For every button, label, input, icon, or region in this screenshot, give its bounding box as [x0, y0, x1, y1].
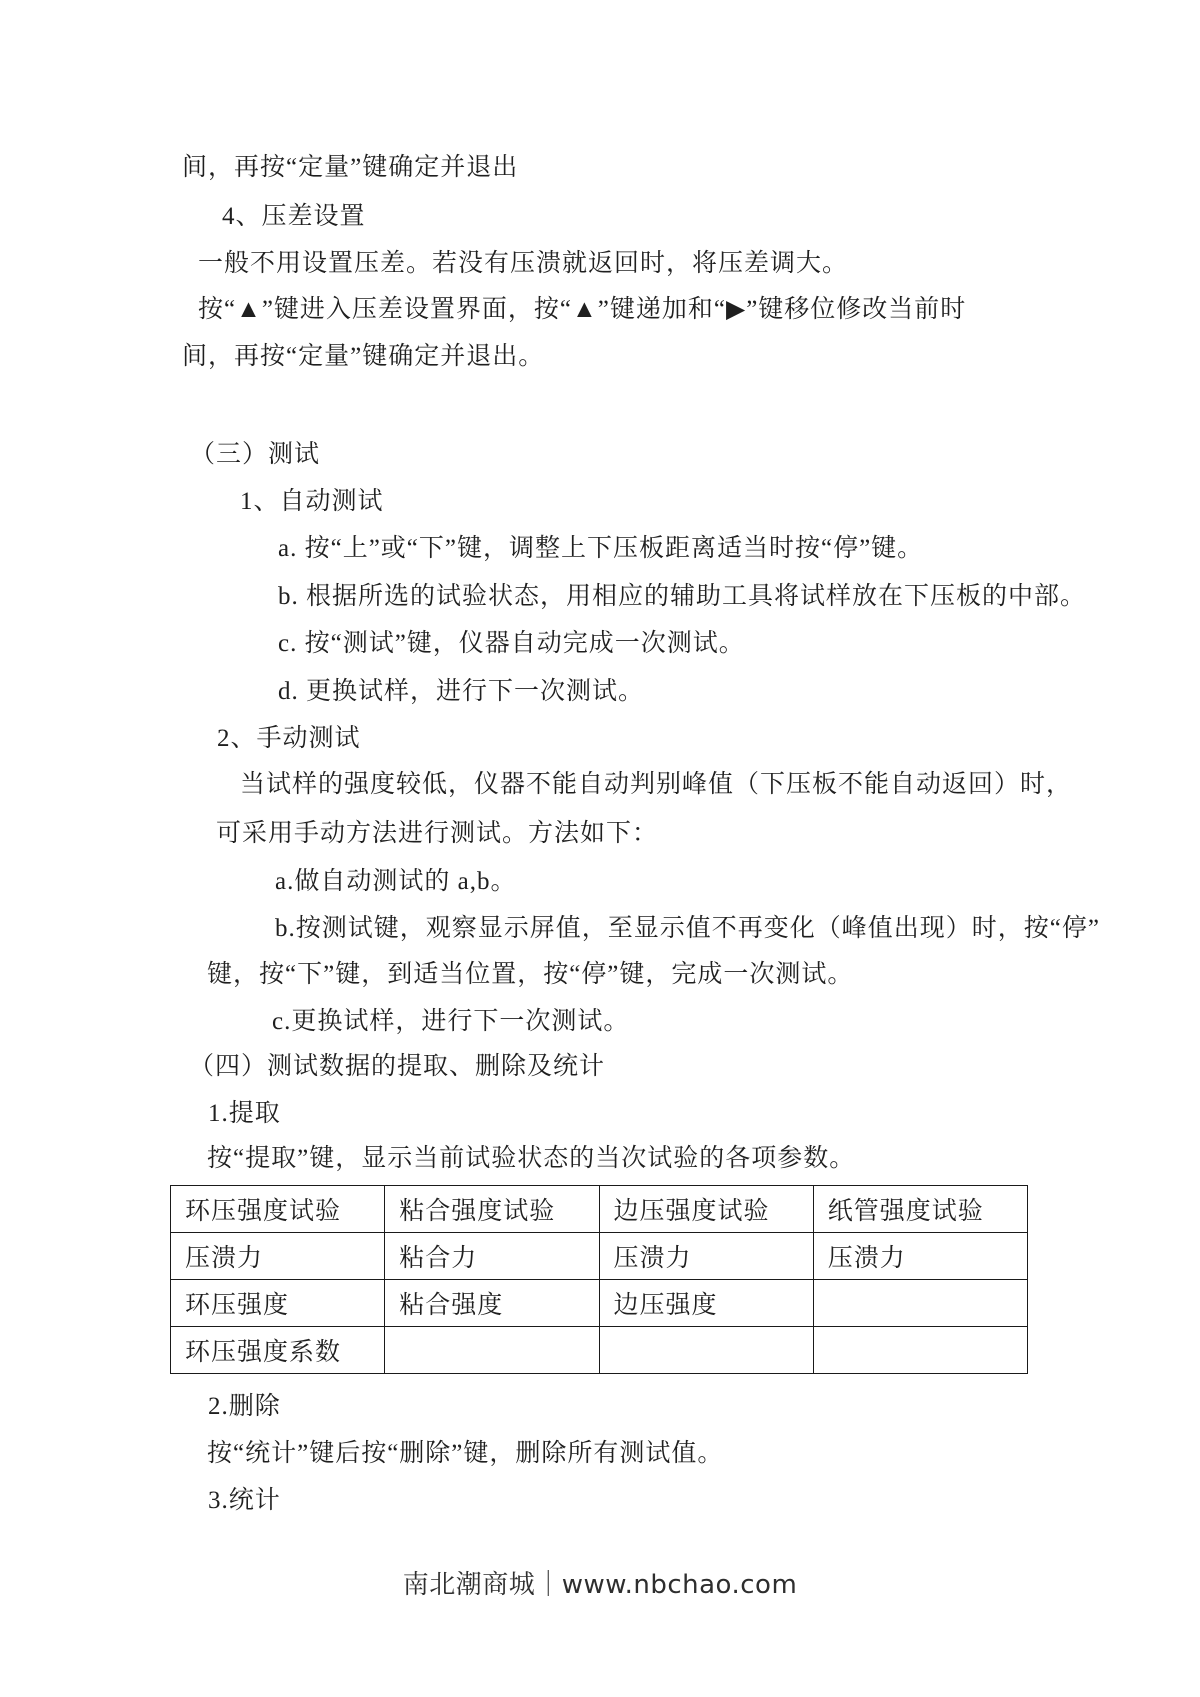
- para-manual-test-intro-continuation: 可采用手动方法进行测试。方法如下：: [216, 819, 658, 849]
- table-row: 环压强度 粘合强度 边压强度: [171, 1280, 1028, 1327]
- table-cell: 压溃力: [813, 1233, 1027, 1280]
- table-row: 压溃力 粘合力 压溃力 压溃力: [171, 1233, 1028, 1280]
- heading-1-auto-test: 1、自动测试: [240, 487, 384, 517]
- heading-section-3-test: （三）测试: [190, 440, 320, 470]
- heading-4-pressure-diff-setting: 4、压差设置: [222, 202, 366, 232]
- list-item-manual-c: c.更换试样，进行下一次测试。: [272, 1007, 629, 1037]
- para-pressure-diff-note: 一般不用设置压差。若没有压溃就返回时，将压差调大。: [198, 249, 848, 279]
- para-manual-test-intro: 当试样的强度较低，仪器不能自动判别峰值（下压板不能自动返回）时，: [240, 770, 1072, 800]
- para-continuation-quantity-key: 间，再按“定量”键确定并退出: [182, 153, 518, 183]
- para-pressure-diff-keys: 按“▲”键进入压差设置界面，按“▲”键递加和“▶”键移位修改当前时: [198, 295, 966, 325]
- para-pressure-diff-keys-continuation: 间，再按“定量”键确定并退出。: [182, 342, 544, 372]
- list-item-auto-b: b. 根据所选的试验状态，用相应的辅助工具将试样放在下压板的中部。: [278, 582, 1086, 612]
- para-delete-key: 按“统计”键后按“删除”键，删除所有测试值。: [207, 1439, 723, 1469]
- para-extract-key: 按“提取”键，显示当前试验状态的当次试验的各项参数。: [207, 1144, 855, 1174]
- table-cell: [385, 1327, 599, 1374]
- table-cell: [813, 1280, 1027, 1327]
- table-row: 环压强度试验 粘合强度试验 边压强度试验 纸管强度试验: [171, 1186, 1028, 1233]
- list-item-manual-a: a.做自动测试的 a,b。: [275, 867, 516, 897]
- heading-2-manual-test: 2、手动测试: [217, 724, 361, 754]
- table-cell: 环压强度试验: [171, 1186, 385, 1233]
- table-cell: 环压强度系数: [171, 1327, 385, 1374]
- parameters-table: 环压强度试验 粘合强度试验 边压强度试验 纸管强度试验 压溃力 粘合力 压溃力 …: [170, 1185, 1028, 1374]
- site-watermark: 南北潮商城｜www.nbchao.com: [0, 1564, 1200, 1601]
- table-cell: 环压强度: [171, 1280, 385, 1327]
- table-cell: 粘合力: [385, 1233, 599, 1280]
- table-cell: 边压强度: [599, 1280, 813, 1327]
- list-item-auto-a: a. 按“上”或“下”键，调整上下压板距离适当时按“停”键。: [278, 534, 923, 564]
- table-cell: 粘合强度: [385, 1280, 599, 1327]
- table-cell: [599, 1327, 813, 1374]
- heading-1-extract: 1.提取: [208, 1099, 281, 1129]
- table-cell: 压溃力: [599, 1233, 813, 1280]
- heading-2-delete: 2.删除: [208, 1392, 281, 1422]
- heading-3-statistics: 3.统计: [208, 1486, 281, 1516]
- document-page: 间，再按“定量”键确定并退出 4、压差设置 一般不用设置压差。若没有压溃就返回时…: [0, 0, 1200, 1697]
- table-cell: 边压强度试验: [599, 1186, 813, 1233]
- list-item-manual-b: b.按测试键，观察显示屏值，至显示值不再变化（峰值出现）时，按“停”: [275, 914, 1100, 944]
- list-item-auto-c: c. 按“测试”键，仪器自动完成一次测试。: [278, 629, 745, 659]
- table-cell: 粘合强度试验: [385, 1186, 599, 1233]
- heading-section-4-data-ops: （四）测试数据的提取、删除及统计: [189, 1052, 605, 1082]
- table-cell: 压溃力: [171, 1233, 385, 1280]
- list-item-auto-d: d. 更换试样，进行下一次测试。: [278, 677, 644, 707]
- list-item-manual-b-continuation: 键，按“下”键，到适当位置，按“停”键，完成一次测试。: [207, 960, 853, 990]
- table-cell: 纸管强度试验: [813, 1186, 1027, 1233]
- table-row: 环压强度系数: [171, 1327, 1028, 1374]
- table-cell: [813, 1327, 1027, 1374]
